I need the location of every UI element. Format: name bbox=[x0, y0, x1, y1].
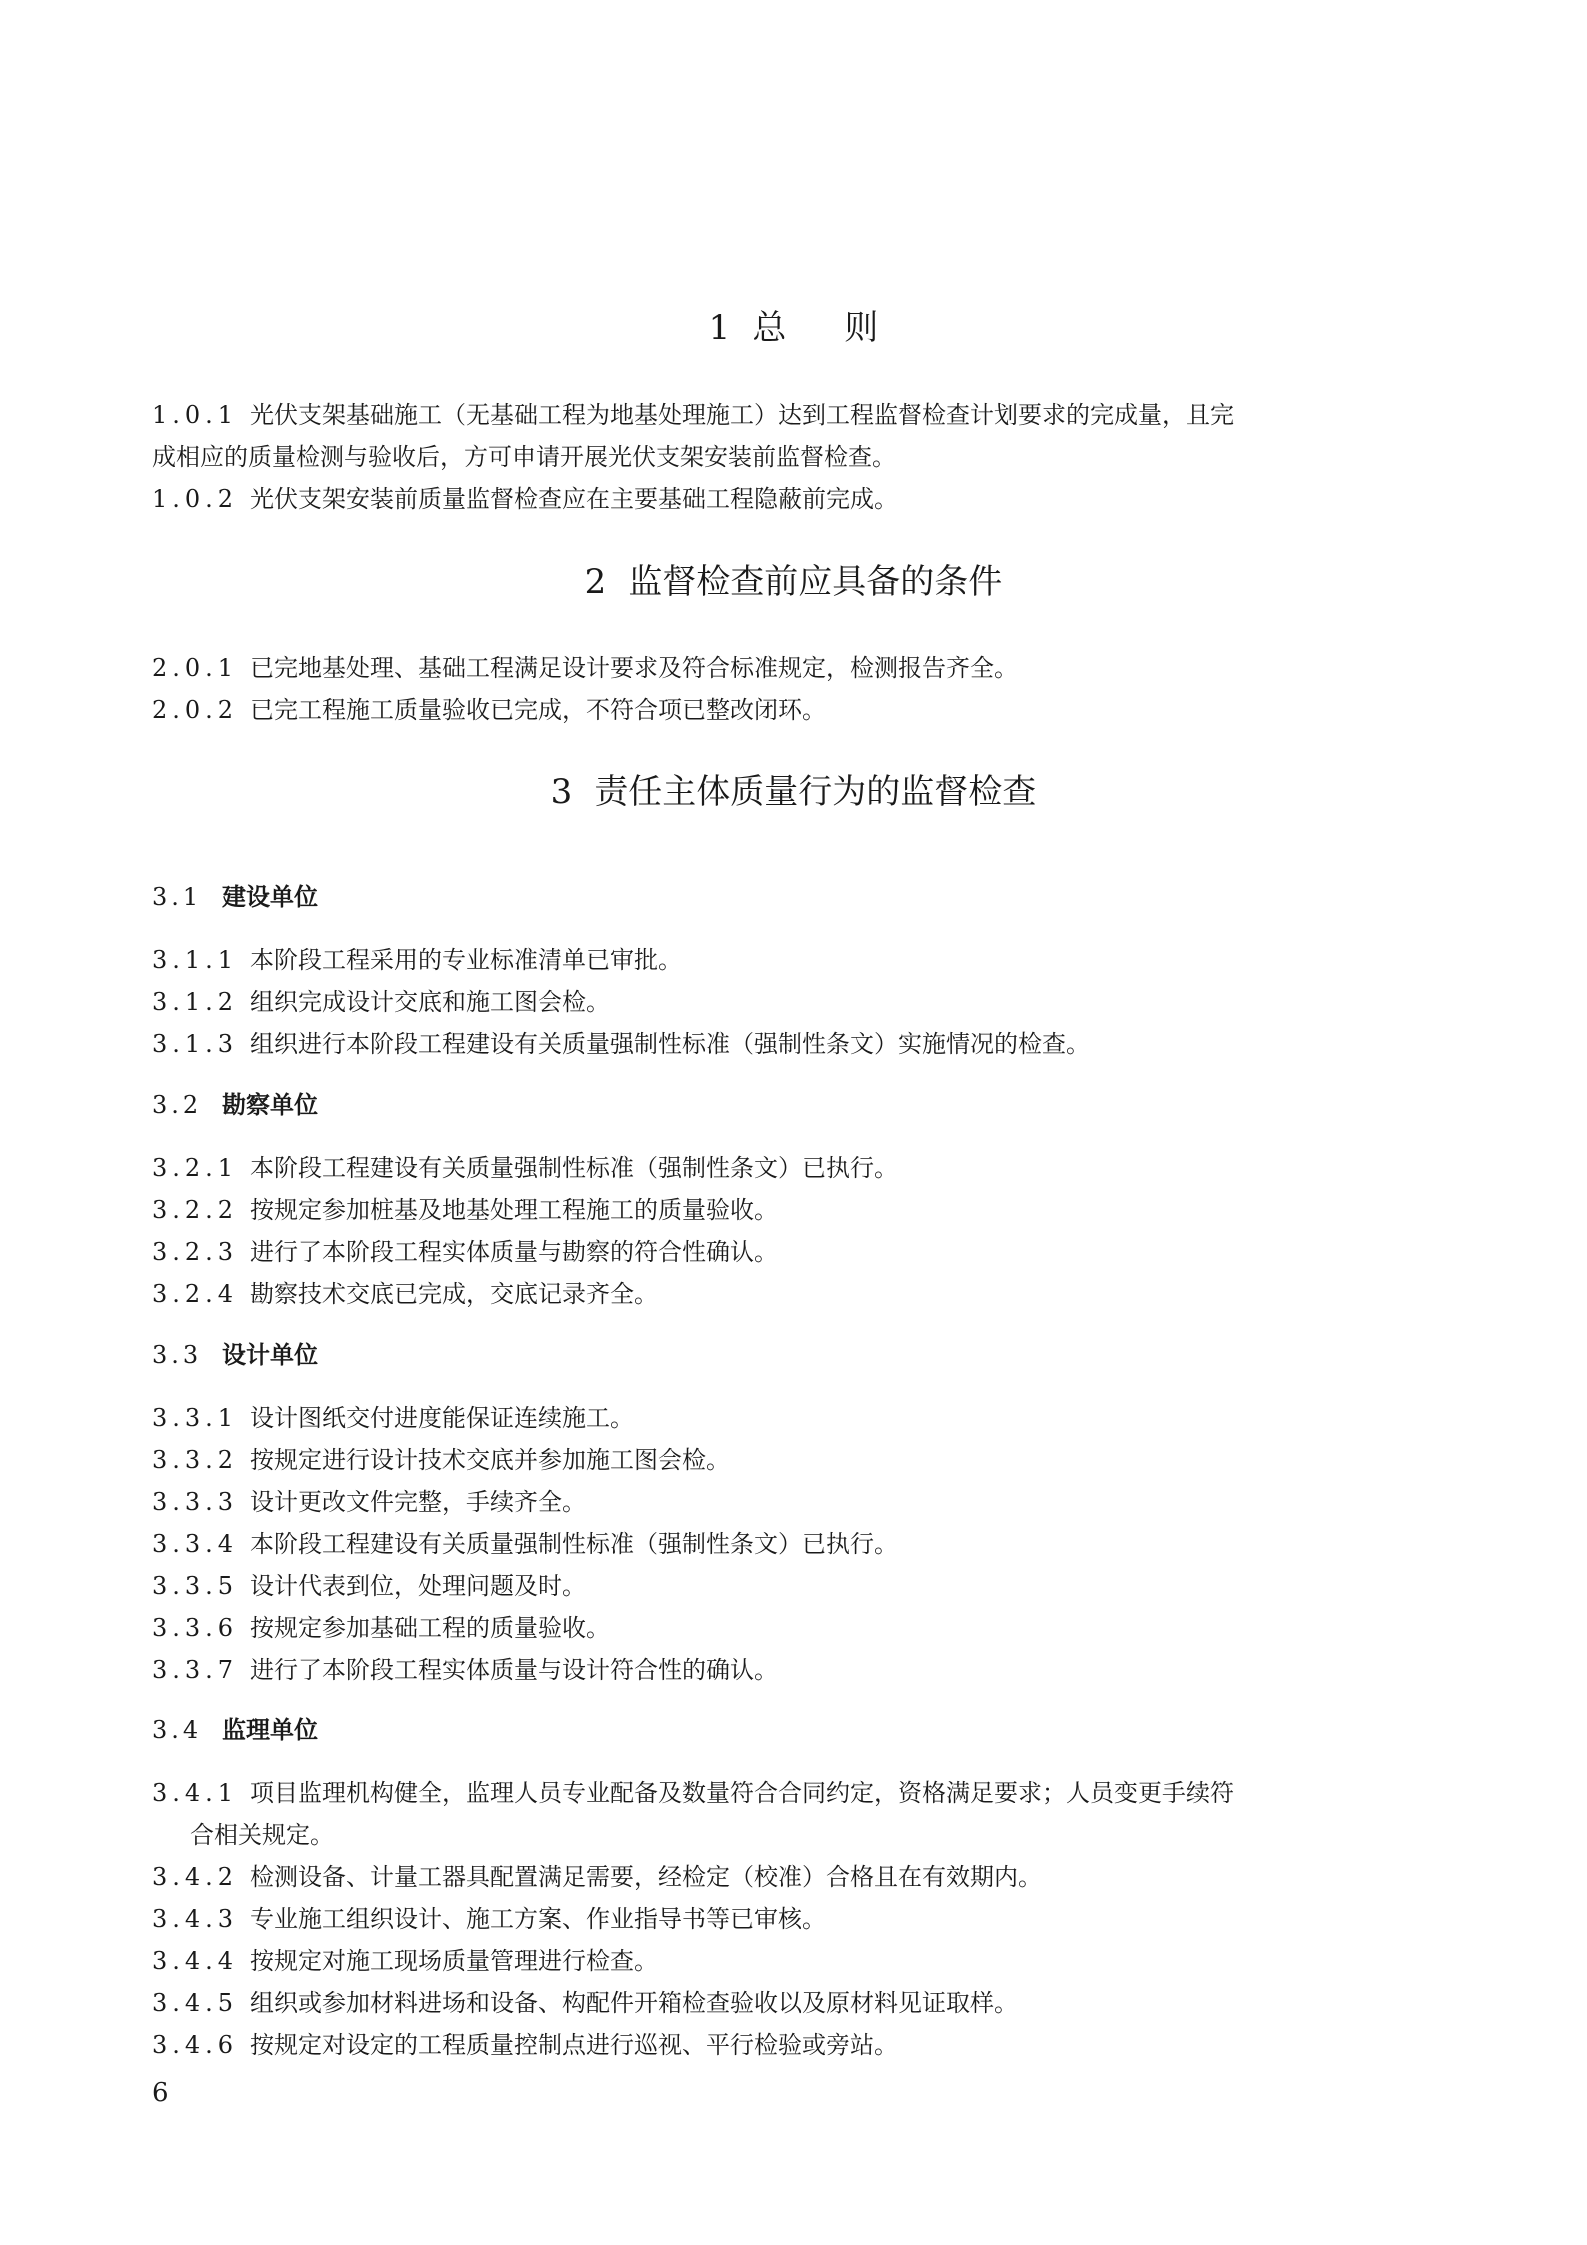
section-3-4-heading: 3.4监理单位 bbox=[152, 1715, 318, 1745]
clause-1-0-1: 1.0.1光伏支架基础施工（无基础工程为地基处理施工）达到工程监督检查计划要求的… bbox=[152, 400, 1442, 430]
chapter-2-heading: 2监督检查前应具备的条件 bbox=[0, 562, 1587, 602]
clause-3-3-4: 3.3.4本阶段工程建设有关质量强制性标准（强制性条文）已执行。 bbox=[152, 1529, 1442, 1559]
clause-3-3-7: 3.3.7进行了本阶段工程实体质量与设计符合性的确认。 bbox=[152, 1655, 1442, 1685]
clause-3-2-1: 3.2.1本阶段工程建设有关质量强制性标准（强制性条文）已执行。 bbox=[152, 1153, 1442, 1183]
clause-3-4-6: 3.4.6按规定对设定的工程质量控制点进行巡视、平行检验或旁站。 bbox=[152, 2030, 1442, 2060]
clause-1-0-2: 1.0.2光伏支架安装前质量监督检查应在主要基础工程隐蔽前完成。 bbox=[152, 484, 1442, 514]
clause-3-2-3: 3.2.3进行了本阶段工程实体质量与勘察的符合性确认。 bbox=[152, 1237, 1442, 1267]
clause-2-0-2: 2.0.2已完工程施工质量验收已完成，不符合项已整改闭环。 bbox=[152, 695, 1442, 725]
page-number: 6 bbox=[152, 2078, 169, 2108]
clause-3-1-3: 3.1.3组织进行本阶段工程建设有关质量强制性标准（强制性条文）实施情况的检查。 bbox=[152, 1029, 1442, 1059]
document-page: 1总则 1.0.1光伏支架基础施工（无基础工程为地基处理施工）达到工程监督检查计… bbox=[0, 0, 1587, 2245]
section-3-3-heading: 3.3设计单位 bbox=[152, 1340, 318, 1370]
section-3-1-heading: 3.1建设单位 bbox=[152, 882, 318, 912]
section-3-2-heading: 3.2勘察单位 bbox=[152, 1090, 318, 1120]
clause-3-4-2: 3.4.2检测设备、计量工器具配置满足需要，经检定（校准）合格且在有效期内。 bbox=[152, 1862, 1442, 1892]
chapter-3-heading: 3责任主体质量行为的监督检查 bbox=[0, 772, 1587, 812]
clause-3-2-2: 3.2.2按规定参加桩基及地基处理工程施工的质量验收。 bbox=[152, 1195, 1442, 1225]
clause-3-3-3: 3.3.3设计更改文件完整，手续齐全。 bbox=[152, 1487, 1442, 1517]
clause-3-4-1-cont: 合相关规定。 bbox=[190, 1820, 1480, 1850]
clause-3-4-1: 3.4.1项目监理机构健全，监理人员专业配备及数量符合合同约定，资格满足要求；人… bbox=[152, 1778, 1442, 1808]
clause-3-1-2: 3.1.2组织完成设计交底和施工图会检。 bbox=[152, 987, 1442, 1017]
clause-3-2-4: 3.2.4勘察技术交底已完成，交底记录齐全。 bbox=[152, 1279, 1442, 1309]
clause-3-1-1: 3.1.1本阶段工程采用的专业标准清单已审批。 bbox=[152, 945, 1442, 975]
clause-1-0-1-cont: 成相应的质量检测与验收后，方可申请开展光伏支架安装前监督检查。 bbox=[152, 442, 1442, 472]
clause-2-0-1: 2.0.1已完地基处理、基础工程满足设计要求及符合标准规定，检测报告齐全。 bbox=[152, 653, 1442, 683]
clause-3-4-4: 3.4.4按规定对施工现场质量管理进行检查。 bbox=[152, 1946, 1442, 1976]
clause-3-4-5: 3.4.5组织或参加材料进场和设备、构配件开箱检查验收以及原材料见证取样。 bbox=[152, 1988, 1442, 2018]
clause-3-3-5: 3.3.5设计代表到位，处理问题及时。 bbox=[152, 1571, 1442, 1601]
chapter-1-heading: 1总则 bbox=[0, 308, 1587, 348]
clause-3-4-3: 3.4.3专业施工组织设计、施工方案、作业指导书等已审核。 bbox=[152, 1904, 1442, 1934]
clause-3-3-2: 3.3.2按规定进行设计技术交底并参加施工图会检。 bbox=[152, 1445, 1442, 1475]
clause-3-3-6: 3.3.6按规定参加基础工程的质量验收。 bbox=[152, 1613, 1442, 1643]
clause-3-3-1: 3.3.1设计图纸交付进度能保证连续施工。 bbox=[152, 1403, 1442, 1433]
